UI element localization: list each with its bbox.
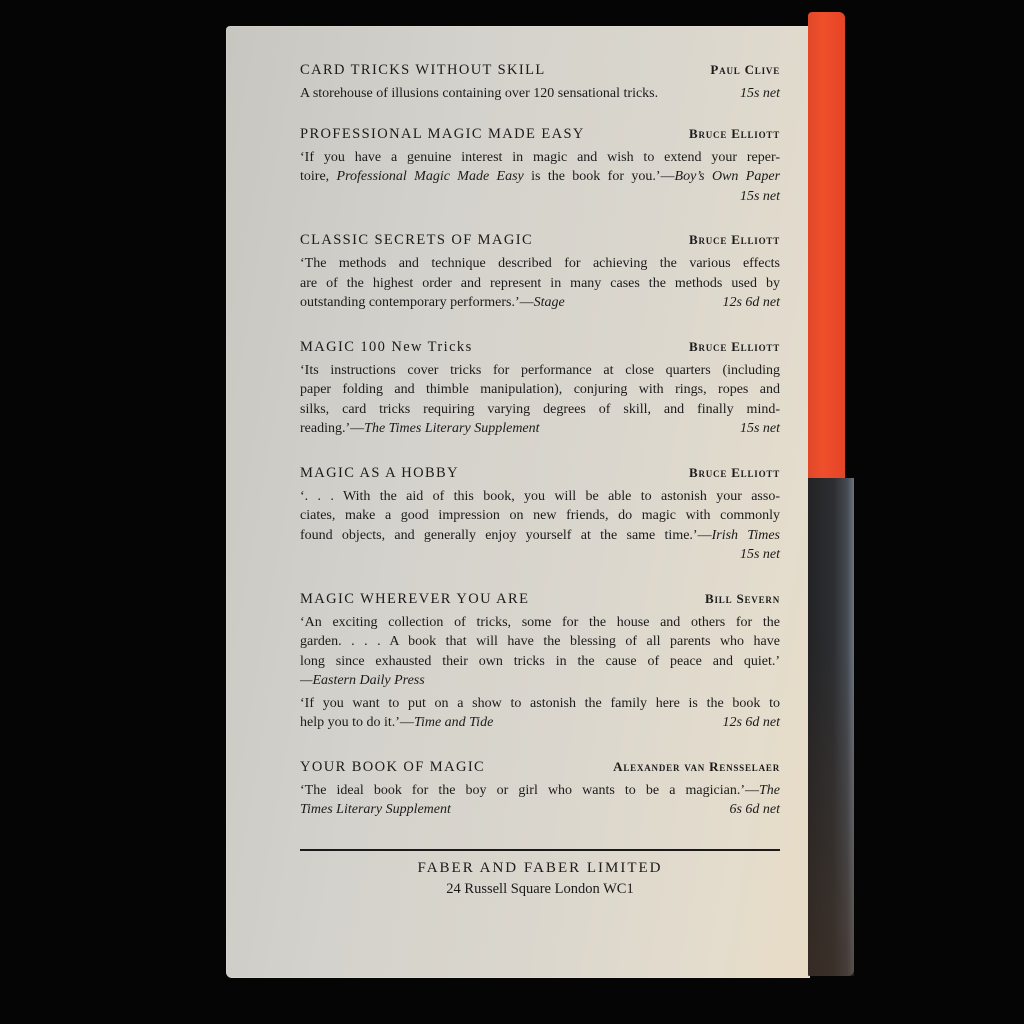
description-line: silks, card tricks requiring varying deg…	[300, 400, 780, 420]
review-source: The Times Literary Supplement	[364, 421, 539, 436]
description-line: ‘If you want to put on a show to astonis…	[300, 694, 780, 714]
description-line: are of the highest order and represent i…	[300, 274, 780, 294]
book-title: CLASSIC SECRETS OF MAGIC	[300, 232, 533, 249]
book-description: ‘An exciting collection of tricks, some …	[300, 613, 780, 733]
book-price: 15s net	[740, 419, 780, 439]
description-line: ‘The ideal book for the boy or girl who …	[300, 781, 780, 801]
book-price: 12s 6d net	[722, 713, 780, 733]
book-entry: CARD TRICKS WITHOUT SKILL Paul Clive A s…	[300, 62, 780, 104]
book-description: ‘The methods and technique described for…	[300, 254, 780, 313]
publisher-name: FABER AND FABER LIMITED	[300, 860, 780, 877]
description-line: toire, Professional Magic Made Easy is t…	[300, 167, 780, 187]
book-description: A storehouse of illusions containing ove…	[300, 84, 780, 104]
description-text: help you to do it.’—	[300, 715, 414, 730]
publisher-address: 24 Russell Square London WC1	[300, 881, 780, 898]
book-entry: CLASSIC SECRETS OF MAGIC Bruce Elliott ‘…	[300, 232, 780, 313]
description-line: found objects, and generally enjoy yours…	[300, 526, 780, 546]
description-line: ‘. . . With the aid of this book, you wi…	[300, 487, 780, 507]
book-description: ‘If you have a genuine interest in magic…	[300, 148, 780, 207]
description-text: found objects, and generally enjoy yours…	[300, 528, 712, 543]
book-title: MAGIC 100 New Tricks	[300, 339, 473, 356]
book-title: CARD TRICKS WITHOUT SKILL	[300, 62, 546, 79]
review-source: Times Literary Supplement	[300, 802, 451, 817]
book-entry: PROFESSIONAL MAGIC MADE EASY Bruce Ellio…	[300, 126, 780, 207]
description-line: outstanding contemporary performers.’—St…	[300, 293, 780, 313]
description-text: toire,	[300, 169, 337, 184]
book-description: ‘Its instructions cover tricks for perfo…	[300, 361, 780, 439]
review-source: Irish Times	[712, 528, 780, 543]
spine-red-band	[808, 12, 845, 478]
description-text: is the book for you.’—	[524, 169, 675, 184]
description-line: reading.’—The Times Literary Supplement1…	[300, 419, 780, 439]
book-title: PROFESSIONAL MAGIC MADE EASY	[300, 126, 585, 143]
book-description: ‘. . . With the aid of this book, you wi…	[300, 487, 780, 565]
book-title: MAGIC WHEREVER YOU ARE	[300, 591, 529, 608]
book-price: 6s 6d net	[729, 800, 780, 820]
book-author: Bruce Elliott	[689, 465, 780, 481]
book-entry: MAGIC AS A HOBBY Bruce Elliott ‘. . . Wi…	[300, 465, 780, 565]
description-line: paper folding and thimble manipulation),…	[300, 380, 780, 400]
description-line: help you to do it.’—Time and Tide12s 6d …	[300, 713, 780, 733]
book-title: YOUR BOOK OF MAGIC	[300, 759, 485, 776]
description-line: Times Literary Supplement6s 6d net	[300, 800, 780, 820]
book-price: 15s net	[300, 545, 780, 565]
review-source: —Eastern Daily Press	[300, 671, 780, 691]
book-author: Bruce Elliott	[689, 126, 780, 142]
book-title-reference: Professional Magic Made Easy	[337, 169, 524, 184]
description-line: ‘If you have a genuine interest in magic…	[300, 148, 780, 168]
spine-dark-band	[808, 478, 854, 976]
book-entry: MAGIC WHEREVER YOU ARE Bill Severn ‘An e…	[300, 591, 780, 733]
book-author: Bruce Elliott	[689, 339, 780, 355]
review-source: Time and Tide	[414, 715, 493, 730]
review-source: Boy’s Own Paper	[675, 169, 780, 184]
book-author: Alexander van Rensselaer	[613, 759, 780, 775]
book-author: Bill Severn	[705, 591, 780, 607]
book-price: 12s 6d net	[722, 293, 780, 313]
book-description: ‘The ideal book for the boy or girl who …	[300, 781, 780, 820]
description-line: ciates, make a good impression on new fr…	[300, 506, 780, 526]
description-line: ‘An exciting collection of tricks, some …	[300, 613, 780, 633]
book-list: CARD TRICKS WITHOUT SKILL Paul Clive A s…	[300, 62, 780, 838]
description-line: long since exhausted their own tricks in…	[300, 652, 780, 672]
description-text: ‘The ideal book for the boy or girl who …	[300, 783, 759, 798]
description-text: outstanding contemporary performers.’—	[300, 295, 534, 310]
book-price: 15s net	[740, 84, 780, 104]
book-title: MAGIC AS A HOBBY	[300, 465, 459, 482]
publisher-imprint: FABER AND FABER LIMITED 24 Russell Squar…	[300, 860, 780, 898]
book-entry: YOUR BOOK OF MAGIC Alexander van Renssel…	[300, 759, 780, 820]
description-text: reading.’—	[300, 421, 364, 436]
book-price: 15s net	[300, 187, 780, 207]
description-line: ‘The methods and technique described for…	[300, 254, 780, 274]
book-author: Paul Clive	[710, 62, 780, 78]
divider-rule	[300, 849, 780, 851]
book-author: Bruce Elliott	[689, 232, 780, 248]
description-line: A storehouse of illusions containing ove…	[300, 86, 658, 101]
review-source: The	[759, 783, 780, 798]
review-source: Stage	[534, 295, 565, 310]
description-line: garden. . . . A book that will have the …	[300, 632, 780, 652]
book-entry: MAGIC 100 New Tricks Bruce Elliott ‘Its …	[300, 339, 780, 439]
description-line: ‘Its instructions cover tricks for perfo…	[300, 361, 780, 381]
